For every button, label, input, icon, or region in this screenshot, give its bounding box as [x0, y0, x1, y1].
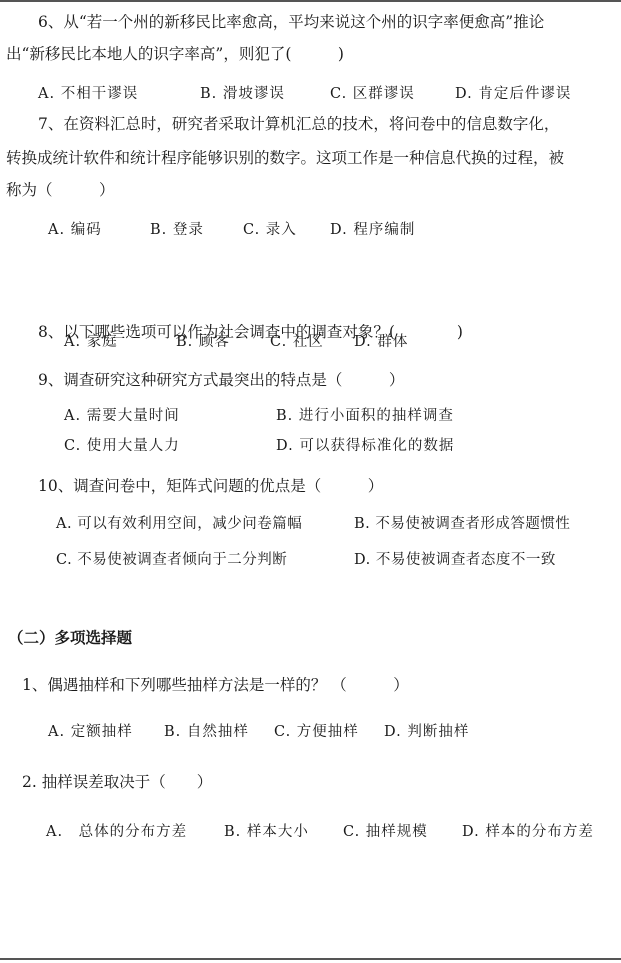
q7-option-b: B. 登录: [150, 220, 204, 240]
multi-q2-option-c: C. 抽样规模: [343, 822, 428, 842]
multi-q2-option-d: D. 样本的分布方差: [462, 822, 594, 842]
multi-q2-option-b: B. 样本大小: [224, 822, 309, 842]
multi-q1-option-d: D. 判断抽样: [384, 722, 469, 742]
q9-option-c: C. 使用大量人力: [64, 436, 180, 456]
q7-option-c: C. 录入: [243, 220, 297, 240]
q6-option-c: C. 区群谬误: [330, 84, 415, 104]
q8-option-b: B. 顾客: [176, 332, 230, 352]
q7-stem-line2: 转换成统计软件和统计程序能够识别的数字。这项工作是一种信息代换的过程，被: [6, 148, 564, 168]
q7-option-a: A. 编码: [48, 220, 102, 240]
q6-option-a: A. 不相干谬误: [38, 84, 138, 104]
q6-option-d: D. 肯定后件谬误: [455, 84, 571, 104]
q9-option-d: D. 可以获得标准化的数据: [276, 436, 454, 456]
section-heading-multiple-choice: （二）多项选择题: [8, 626, 132, 648]
q9-option-a: A. 需要大量时间: [64, 406, 180, 426]
q7-stem-line3: 称为（ ）: [6, 180, 115, 200]
bottom-border-rule: [0, 958, 621, 960]
multi-q1-option-b: B. 自然抽样: [164, 722, 249, 742]
q10-option-a: A. 可以有效利用空间，减少问卷篇幅: [56, 514, 302, 534]
q6-stem-line1: 6、从“若一个州的新移民比率愈高，平均来说这个州的识字率便愈高”推论: [38, 12, 544, 32]
multi-q1-stem: 1、偶遇抽样和下列哪些抽样方法是一样的？ （ ）: [22, 675, 409, 695]
q8-option-a: A. 家庭: [64, 332, 118, 352]
q6-stem-line2: 出“新移民比本地人的识字率高”，则犯了( ): [6, 44, 344, 64]
q6-option-b: B. 滑坡谬误: [200, 84, 285, 104]
multi-q1-option-c: C. 方便抽样: [274, 722, 359, 742]
q10-stem: 10、调查问卷中，矩阵式问题的优点是（ ）: [38, 476, 383, 496]
q8-option-c: C. 社区: [270, 332, 324, 352]
multi-q2-option-a: A. 总体的分布方差: [46, 822, 187, 842]
multi-q1-option-a: A. 定额抽样: [48, 722, 133, 742]
q10-option-b: B. 不易使被调查者形成答题惯性: [354, 514, 570, 534]
multi-q2-stem: 2. 抽样误差取决于（ ）: [22, 772, 212, 792]
q10-option-c: C. 不易使被调查者倾向于二分判断: [56, 550, 287, 570]
q10-option-d: D. 不易使被调查者态度不一致: [354, 550, 556, 570]
q7-stem-line1: 7、在资料汇总时，研究者采取计算机汇总的技术，将问卷中的信息数字化，: [38, 114, 559, 134]
q9-option-b: B. 进行小面积的抽样调查: [276, 406, 454, 426]
q9-stem: 9、调查研究这种研究方式最突出的特点是（ ）: [38, 370, 404, 390]
q7-option-d: D. 程序编制: [330, 220, 415, 240]
q8-option-d: D. 群体: [354, 332, 408, 352]
top-border-rule: [0, 0, 621, 2]
